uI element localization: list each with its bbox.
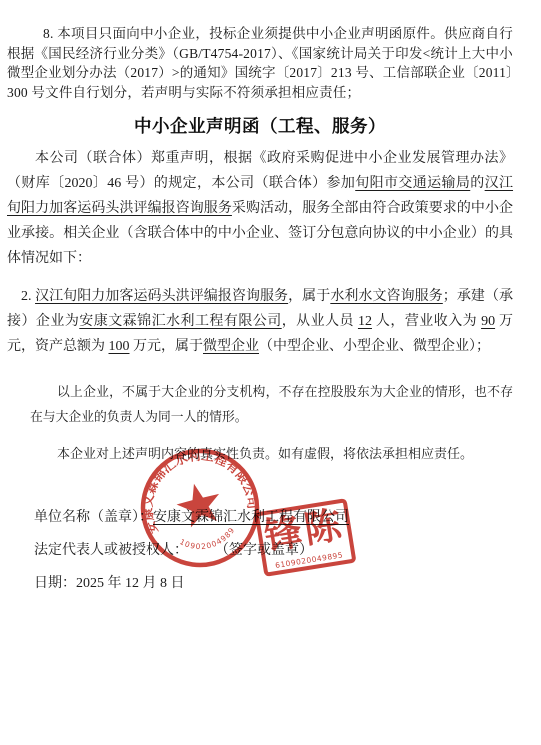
item2-enterprise-type: 微型企业	[203, 339, 259, 354]
item2-assets: 100	[109, 339, 130, 354]
no-big-enterprise-paragraph: 以上企业，不属于大企业的分支机构，不存在控股股东为大企业的情形，也不存在与大企业…	[30, 380, 513, 430]
item2-paragraph: 2. 汉江旬阳力加客运码头洪评编报咨询服务，属于水利水文咨询服务；承建（承接）企…	[7, 284, 513, 359]
item2-revenue: 90	[481, 314, 495, 329]
unit-name-label: 单位名称（盖章）：	[34, 510, 153, 525]
declaration-document-page: 8. 本项目只面向中小企业，投标企业须提供中小企业声明函原件。供应商自行根据《国…	[0, 0, 541, 745]
item2-text: ，从业人员	[282, 314, 358, 329]
item2-text: 2.	[21, 289, 35, 304]
responsibility-paragraph: 本企业对上述声明内容的真实性负责。如有虚假，将依法承担相应责任。	[30, 441, 513, 466]
item2-project-name: 汉江旬阳力加客运码头洪评编报咨询服务	[35, 289, 288, 304]
purchaser-name: 旬阳市交通运输局	[355, 176, 470, 191]
document-title: 中小企业声明函（工程、服务）	[7, 113, 513, 138]
date-row: 日期：2025 年 12 月 8 日	[34, 571, 513, 596]
item2-text: ，属于	[288, 289, 330, 304]
unit-name-value: 安康文霖锦汇水利工程有限公司	[153, 510, 349, 525]
item2-text: 万元，属于	[130, 339, 204, 354]
legal-representative-row: 法定代表人或被授权人：（签字或盖章）	[34, 538, 513, 563]
unit-name-row: 单位名称（盖章）：安康文霖锦汇水利工程有限公司	[34, 505, 513, 530]
signature-block: 单位名称（盖章）：安康文霖锦汇水利工程有限公司 法定代表人或被授权人：（签字或盖…	[34, 505, 513, 596]
item2-text: （中型企业、小型企业、微型企业）；	[259, 339, 490, 354]
intro-clause-paragraph: 8. 本项目只面向中小企业，投标企业须提供中小企业声明函原件。供应商自行根据《国…	[7, 24, 513, 102]
declare-text: 的	[470, 176, 484, 191]
item2-industry: 水利水文咨询服务	[330, 289, 442, 304]
item2-company-name: 安康文霖锦汇水利工程有限公司	[79, 314, 281, 329]
item2-text: 人，营业收入为	[372, 314, 481, 329]
sign-or-seal-hint: （签字或盖章）	[222, 543, 313, 558]
legal-representative-label: 法定代表人或被授权人：	[34, 543, 188, 558]
declaration-paragraph: 本公司（联合体）郑重声明，根据《政府采购促进中小企业发展管理办法》（财库〔202…	[7, 146, 513, 271]
date-value: 日期：2025 年 12 月 8 日	[34, 576, 185, 591]
item2-employee-count: 12	[358, 314, 372, 329]
